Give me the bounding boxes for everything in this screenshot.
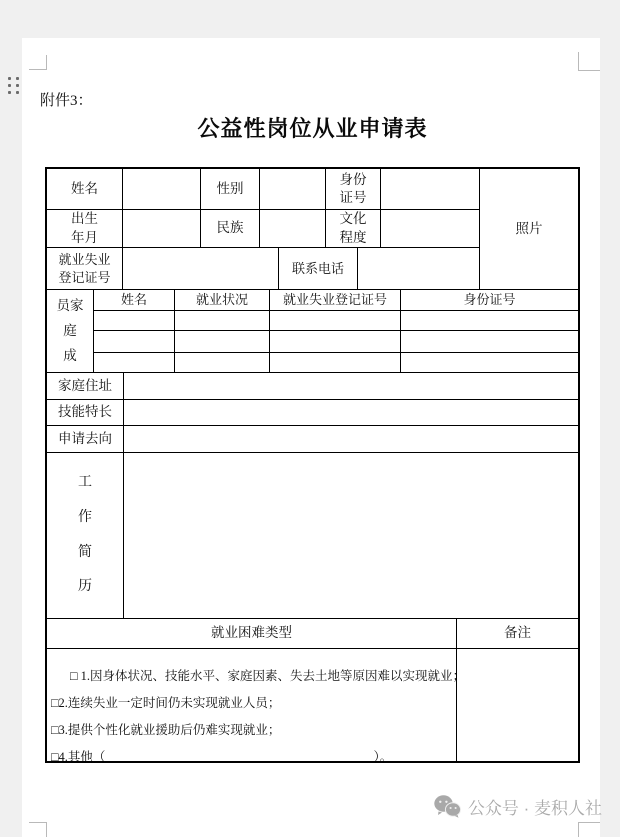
- gender-value-cell[interactable]: [260, 169, 326, 210]
- education-label: 文化程度: [326, 210, 381, 248]
- family-member-cell[interactable]: [94, 353, 175, 373]
- education-value-cell[interactable]: [381, 210, 480, 248]
- ethnicity-value-cell[interactable]: [260, 210, 326, 248]
- family-col-registration: 就业失业登记证号: [270, 290, 401, 311]
- family-member-cell[interactable]: [401, 353, 578, 373]
- page-corner-mark: [578, 52, 600, 71]
- attachment-label: 附件3：: [40, 89, 93, 110]
- skills-value-cell[interactable]: [124, 400, 578, 426]
- application-destination-value-cell[interactable]: [124, 426, 578, 453]
- application-destination-label: 申请去向: [47, 426, 124, 453]
- name-label: 姓名: [47, 169, 123, 210]
- family-member-cell[interactable]: [270, 331, 401, 353]
- family-member-cell[interactable]: [401, 311, 578, 331]
- page-corner-mark: [29, 822, 47, 837]
- family-member-cell[interactable]: [94, 311, 175, 331]
- remarks-header: 备注: [457, 619, 578, 649]
- family-member-cell[interactable]: [175, 331, 270, 353]
- family-col-name: 姓名: [94, 290, 175, 311]
- family-member-cell[interactable]: [175, 353, 270, 373]
- page-corner-mark: [578, 822, 600, 837]
- family-member-cell[interactable]: [270, 353, 401, 373]
- family-member-cell[interactable]: [401, 331, 578, 353]
- family-members-side-label: 员家 庭 成: [47, 290, 94, 373]
- skills-label: 技能特长: [47, 400, 124, 426]
- form-title: 公益性岗位从业申请表: [45, 112, 580, 143]
- registration-number-label: 就业失业登记证号: [47, 248, 123, 290]
- difficulty-option-1[interactable]: □ 1.因身体状况、技能水平、家庭因素、失去土地等原因难以实现就业；: [51, 663, 457, 690]
- remarks-value-cell[interactable]: [457, 649, 578, 761]
- page-corner-mark: [29, 55, 47, 70]
- registration-number-value-cell[interactable]: [123, 248, 279, 290]
- photo-cell[interactable]: 照片: [480, 169, 578, 290]
- phone-label: 联系电话: [279, 248, 358, 290]
- difficulty-type-header: 就业困难类型: [47, 619, 457, 649]
- family-col-id-number: 身份证号: [401, 290, 578, 311]
- document-viewer: 附件3： 公益性岗位从业申请表 姓名 性别 身份证号 照片 出生年月 民族 文化…: [0, 0, 620, 837]
- work-resume-value-cell[interactable]: [124, 453, 578, 619]
- drag-handle-icon[interactable]: [8, 77, 19, 94]
- difficulty-option-2[interactable]: □2.连续失业一定时间仍未实现就业人员；: [51, 690, 280, 717]
- gender-label: 性别: [201, 169, 260, 210]
- difficulty-option-4[interactable]: □4.其他（）。: [51, 744, 392, 761]
- family-member-cell[interactable]: [270, 311, 401, 331]
- birth-date-value-cell[interactable]: [123, 210, 201, 248]
- ethnicity-label: 民族: [201, 210, 260, 248]
- family-member-cell[interactable]: [94, 331, 175, 353]
- family-col-employment-status: 就业状况: [175, 290, 270, 311]
- application-form-table: 姓名 性别 身份证号 照片 出生年月 民族 文化程度 就业失业登记证号 联系电话…: [45, 167, 580, 763]
- phone-value-cell[interactable]: [358, 248, 480, 290]
- difficulty-option-3[interactable]: □3.提供个性化就业援助后仍难实现就业；: [51, 717, 280, 744]
- family-member-cell[interactable]: [175, 311, 270, 331]
- photo-label: 照片: [516, 220, 543, 238]
- id-number-value-cell[interactable]: [381, 169, 480, 210]
- work-resume-label: 工 作 简 历: [47, 453, 124, 619]
- watermark: 公众号 · 麦积人社: [434, 794, 602, 819]
- name-value-cell[interactable]: [123, 169, 201, 210]
- watermark-text: 公众号 · 麦积人社: [468, 794, 602, 819]
- home-address-label: 家庭住址: [47, 373, 124, 400]
- id-number-label: 身份证号: [326, 169, 381, 210]
- birth-date-label: 出生年月: [47, 210, 123, 248]
- wechat-icon: [434, 795, 461, 818]
- difficulty-options-cell: □ 1.因身体状况、技能水平、家庭因素、失去土地等原因难以实现就业； □2.连续…: [47, 649, 457, 761]
- home-address-value-cell[interactable]: [124, 373, 578, 400]
